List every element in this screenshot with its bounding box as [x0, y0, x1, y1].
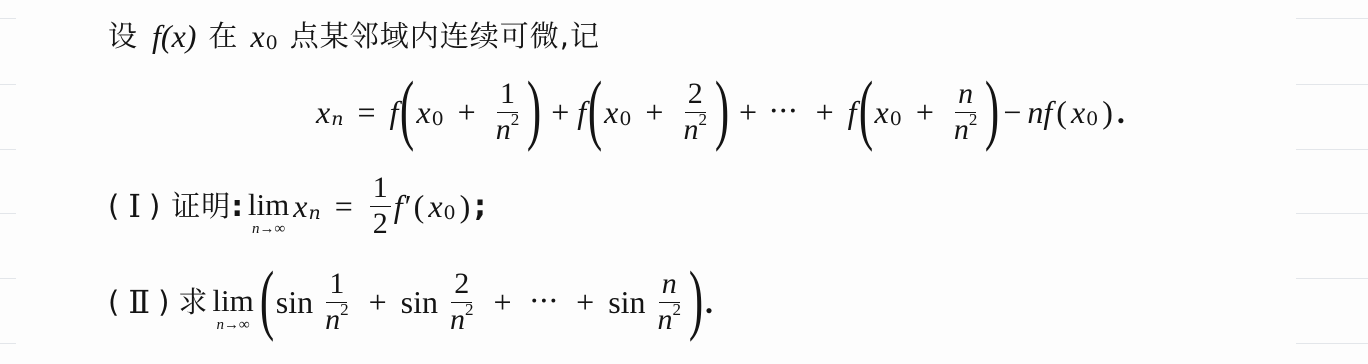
fraction-numerator: 1 [497, 78, 518, 113]
x0-sub: 0 [619, 110, 631, 129]
x0-var: x [416, 96, 430, 128]
tail-open-paren: ( [1056, 96, 1067, 128]
limit-operator: lim n→∞ [248, 189, 289, 240]
left-paren: ( [588, 70, 602, 148]
part-two: ( Ⅱ ) 求 lim n→∞ ( sin 1 n2 + sin 2 n2 + … [108, 262, 713, 342]
fraction-denominator: n2 [493, 113, 523, 146]
x0-var: x [1071, 96, 1085, 128]
period: . [1117, 96, 1125, 128]
intro-point-var: x [250, 20, 264, 52]
func-f: f [848, 96, 857, 128]
func-f: f [577, 96, 586, 128]
margin-rule [1296, 278, 1368, 279]
sin-fraction-n: n n2 [655, 268, 685, 336]
fraction-numerator: 2 [685, 78, 706, 113]
intro-func: f [152, 20, 161, 52]
denominator-base: n [954, 113, 969, 146]
x0-var: x [604, 96, 618, 128]
fraction-numerator: 1 [370, 172, 391, 207]
intro-point-sub: 0 [266, 34, 278, 53]
sin-func: sin [401, 286, 438, 318]
part-two-label-open: ( [108, 288, 120, 317]
limit-var-sub: n [308, 204, 320, 223]
margin-rule [0, 84, 16, 85]
plus-sign: + [576, 286, 594, 318]
ellipsis: ··· [530, 287, 559, 317]
period: . [705, 286, 713, 318]
margin-rule [1296, 213, 1368, 214]
part-one-numeral: Ⅰ [128, 190, 141, 222]
x0-sub: 0 [890, 110, 902, 129]
lim-subscript: n→∞ [216, 316, 249, 336]
fraction-denominator: n2 [322, 303, 352, 336]
margin-rule [1296, 149, 1368, 150]
fraction-numerator: 2 [451, 268, 472, 303]
part-one-label-open: ( [108, 192, 120, 221]
arg-var: x [428, 190, 442, 222]
denominator-power: 2 [465, 300, 474, 319]
minus-sign: − [1003, 96, 1021, 128]
intro-at: 在 [208, 22, 238, 51]
part-two-label-close: ) [158, 288, 170, 317]
part-two-verb: 求 [178, 288, 208, 317]
fraction-numerator: n [659, 268, 680, 303]
fraction-denominator: n2 [655, 303, 685, 336]
denominator-base: n [450, 303, 465, 336]
part-one-colon: : [231, 192, 244, 221]
sin-fraction-2: 2 n2 [447, 268, 477, 336]
left-paren: ( [400, 70, 414, 148]
x0-var: x [875, 96, 889, 128]
ellipsis: ··· [769, 97, 798, 127]
lhs-sub: n [331, 110, 343, 129]
plus-sign: + [645, 96, 663, 128]
lhs-var: x [316, 96, 330, 128]
left-paren: ( [858, 70, 872, 148]
denominator-power: 2 [969, 110, 978, 129]
fraction-numerator: 1 [326, 268, 347, 303]
margin-rule [0, 149, 16, 150]
right-paren: ) [715, 70, 729, 148]
fraction-denominator: 2 [370, 207, 391, 240]
plus-sign: + [739, 96, 757, 128]
margin-rule [0, 278, 16, 279]
problem-intro: 设 f (x) 在 x0 点某邻域内连续可微,记 [108, 20, 600, 52]
margin-rule [1296, 18, 1368, 19]
fraction-denominator: n2 [447, 303, 477, 336]
left-paren: ( [260, 260, 274, 338]
part-one-verb: 证明 [171, 192, 231, 221]
tail-func: f [1043, 96, 1052, 128]
arg-sub: 0 [444, 204, 456, 223]
margin-rule [0, 343, 16, 344]
x0-sub: 0 [1086, 110, 1098, 129]
fraction-term-n: n n2 [951, 78, 981, 146]
sin-fraction-1: 1 n2 [322, 268, 352, 336]
fraction-numerator: n [955, 78, 976, 113]
plus-sign: + [369, 286, 387, 318]
plus-sign: + [493, 286, 511, 318]
right-paren: ) [527, 70, 541, 148]
denominator-base: n [683, 113, 698, 146]
margin-rule [1296, 343, 1368, 344]
derivative-func: f′ [394, 190, 410, 222]
sin-func: sin [276, 286, 313, 318]
func-f: f [390, 96, 399, 128]
lim-word: lim [212, 285, 253, 316]
fraction-term-1: 1 n2 [493, 78, 523, 146]
margin-rule [1296, 84, 1368, 85]
fraction-one-half: 1 2 [370, 172, 391, 240]
right-paren: ) [985, 70, 999, 148]
denominator-power: 2 [698, 110, 707, 129]
lim-subscript: n→∞ [252, 220, 285, 240]
plus-sign: + [916, 96, 934, 128]
x0-sub: 0 [432, 110, 444, 129]
denominator-base: n [496, 113, 511, 146]
intro-rest: 点某邻域内连续可微,记 [290, 22, 600, 51]
plus-sign: + [816, 96, 834, 128]
plus-sign: + [458, 96, 476, 128]
denominator-base: n [325, 303, 340, 336]
denominator-power: 2 [673, 300, 682, 319]
fraction-term-2: 2 n2 [680, 78, 710, 146]
limit-var: x [293, 190, 307, 222]
part-two-numeral: Ⅱ [128, 286, 150, 318]
denominator-power: 2 [340, 300, 349, 319]
sin-func: sin [608, 286, 645, 318]
sequence-definition: xn = f ( x0 + 1 n2 ) + f ( x0 + 2 n2 ) +… [316, 72, 1125, 152]
equals-sign: = [357, 96, 375, 128]
part-one: ( Ⅰ ) 证明 : lim n→∞ xn = 1 2 f′ ( x0 ) ; [108, 170, 487, 242]
denominator-base: n [658, 303, 673, 336]
part-one-label-close: ) [149, 192, 161, 221]
lim-word: lim [248, 189, 289, 220]
equals-sign: = [335, 190, 353, 222]
limit-operator: lim n→∞ [212, 285, 253, 336]
fraction-denominator: n2 [951, 113, 981, 146]
tail-coeff: n [1027, 96, 1043, 128]
arg-close-paren: ) [460, 190, 471, 222]
right-paren: ) [689, 260, 703, 338]
denominator-power: 2 [511, 110, 520, 129]
tail-close-paren: ) [1102, 96, 1113, 128]
intro-prefix: 设 [108, 22, 138, 51]
semicolon: ; [474, 192, 487, 221]
fraction-denominator: n2 [680, 113, 710, 146]
arg-open-paren: ( [414, 190, 425, 222]
margin-rule [0, 18, 16, 19]
margin-rule [0, 213, 16, 214]
intro-arg: (x) [161, 20, 197, 52]
plus-sign: + [551, 96, 569, 128]
